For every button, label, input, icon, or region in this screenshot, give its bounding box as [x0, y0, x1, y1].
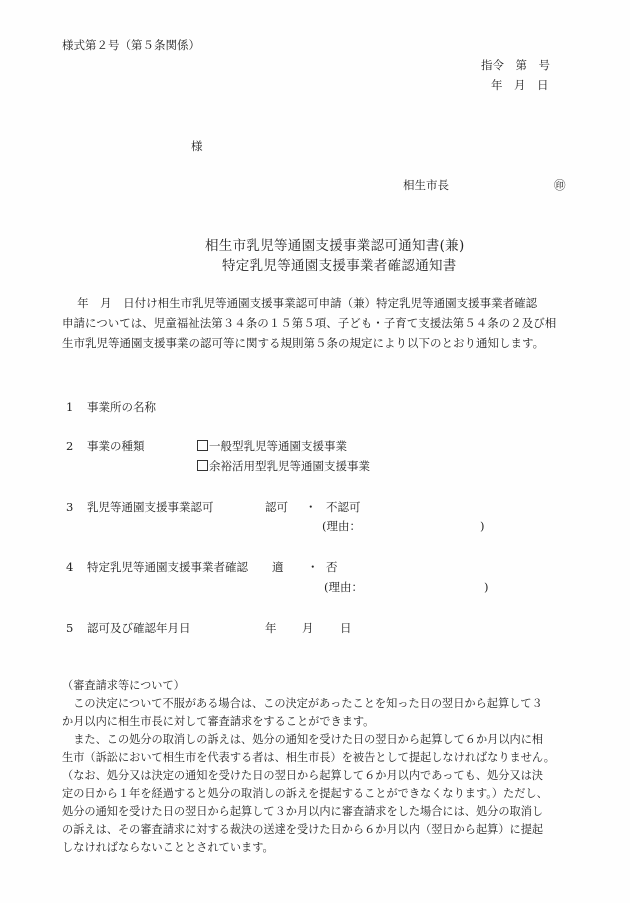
checkbox-icon[interactable] [197, 460, 208, 471]
item4-number: 4 [66, 560, 73, 575]
seal-mark: ㊞ [554, 178, 566, 193]
checkbox-icon[interactable] [197, 440, 208, 451]
item4-reason-close: ) [484, 580, 489, 595]
appeal-heading: （審査請求等について） [62, 677, 582, 695]
appeal-line: 生市（訴訟において相生市を代表する者は、相生市長）を被告として提起しなければなり… [62, 749, 582, 767]
directive-number: 指令 第 号 [481, 58, 550, 73]
item3-separator: ・ [305, 500, 317, 515]
item5-year: 年 [265, 621, 277, 636]
intro-paragraph: 年 月 日付け相生市乳児等通園支援事業認可申請（兼）特定乳児等通園支援事業者確認… [62, 293, 582, 353]
document-title-line2: 特定乳児等通園支援事業者確認通知書 [222, 259, 457, 274]
document-title-line1: 相生市乳児等通園支援事業認可通知書(兼) [205, 239, 465, 254]
item3-label: 乳児等通園支援事業認可 [87, 500, 214, 515]
business-type-option-general[interactable]: 一般型乳児等通園支援事業 [197, 439, 347, 454]
intro-line: 年 月 日付け相生市乳児等通園支援事業認可申請（兼）特定乳児等通園支援事業者確認 [62, 293, 582, 313]
appeal-line: しなければならないこととされています。 [62, 839, 582, 857]
appeal-line: また、この処分の取消しの訴えは、処分の通知を受けた日の翌日から起算して６か月以内… [62, 731, 582, 749]
item5-day: 日 [340, 621, 352, 636]
item4-label: 特定乳児等通園支援事業者確認 [87, 560, 248, 575]
issuer-name: 相生市長 [403, 178, 449, 193]
item2-number: 2 [66, 439, 73, 454]
item3-choice-approve: 認可 [265, 500, 288, 515]
addressee-suffix: 様 [191, 139, 203, 154]
issue-date: 年 月 日 [491, 78, 549, 93]
appeal-line: この決定について不服がある場合は、この決定があったことを知った日の翌日から起算し… [62, 695, 582, 713]
item3-number: 3 [66, 500, 73, 515]
form-number: 様式第２号（第５条関係） [62, 38, 200, 53]
item5-month: 月 [302, 621, 314, 636]
item4-choice-suitable: 適 [272, 560, 284, 575]
item2-label: 事業の種類 [87, 439, 145, 454]
item4-reason-open: (理由： [324, 580, 363, 595]
item1-label: 事業所の名称 [87, 400, 156, 415]
item5-label: 認可及び確認年月日 [87, 621, 191, 636]
appeal-line: の訴えは、その審査請求に対する裁決の送達を受けた日から６か月以内（翌日から起算）… [62, 821, 582, 839]
business-type-option-surplus[interactable]: 余裕活用型乳児等通園支援事業 [197, 459, 370, 474]
appeal-notice: （審査請求等について） この決定について不服がある場合は、この決定があったことを… [62, 677, 582, 857]
intro-line: 生市乳児等通園支援事業の認可等に関する規則第５条の規定により以下のとおり通知しま… [62, 333, 582, 353]
appeal-line: 処分の通知を受けた日の翌日から起算して３か月以内に審査請求をした場合には、処分の… [62, 803, 582, 821]
item5-number: 5 [66, 621, 73, 636]
item3-reason-open: (理由： [322, 519, 361, 534]
appeal-line: 定の日から１年を経過すると処分の取消しの訴えを提起することができなくなります。）… [62, 785, 582, 803]
appeal-line: （なお、処分又は決定の通知を受けた日の翌日から起算して６か月以内であっても、処分… [62, 767, 582, 785]
intro-line: 申請については、児童福祉法第３４条の１５第５項、子ども・子育て支援法第５４条の２… [62, 313, 582, 333]
appeal-line: か月以内に相生市長に対して審査請求をすることができます。 [62, 713, 582, 731]
item4-separator: ・ [307, 560, 319, 575]
item4-choice-unsuitable: 否 [326, 560, 338, 575]
item3-choice-deny: 不認可 [326, 500, 361, 515]
item1-number: 1 [66, 400, 73, 415]
item3-reason-close: ) [480, 519, 485, 534]
